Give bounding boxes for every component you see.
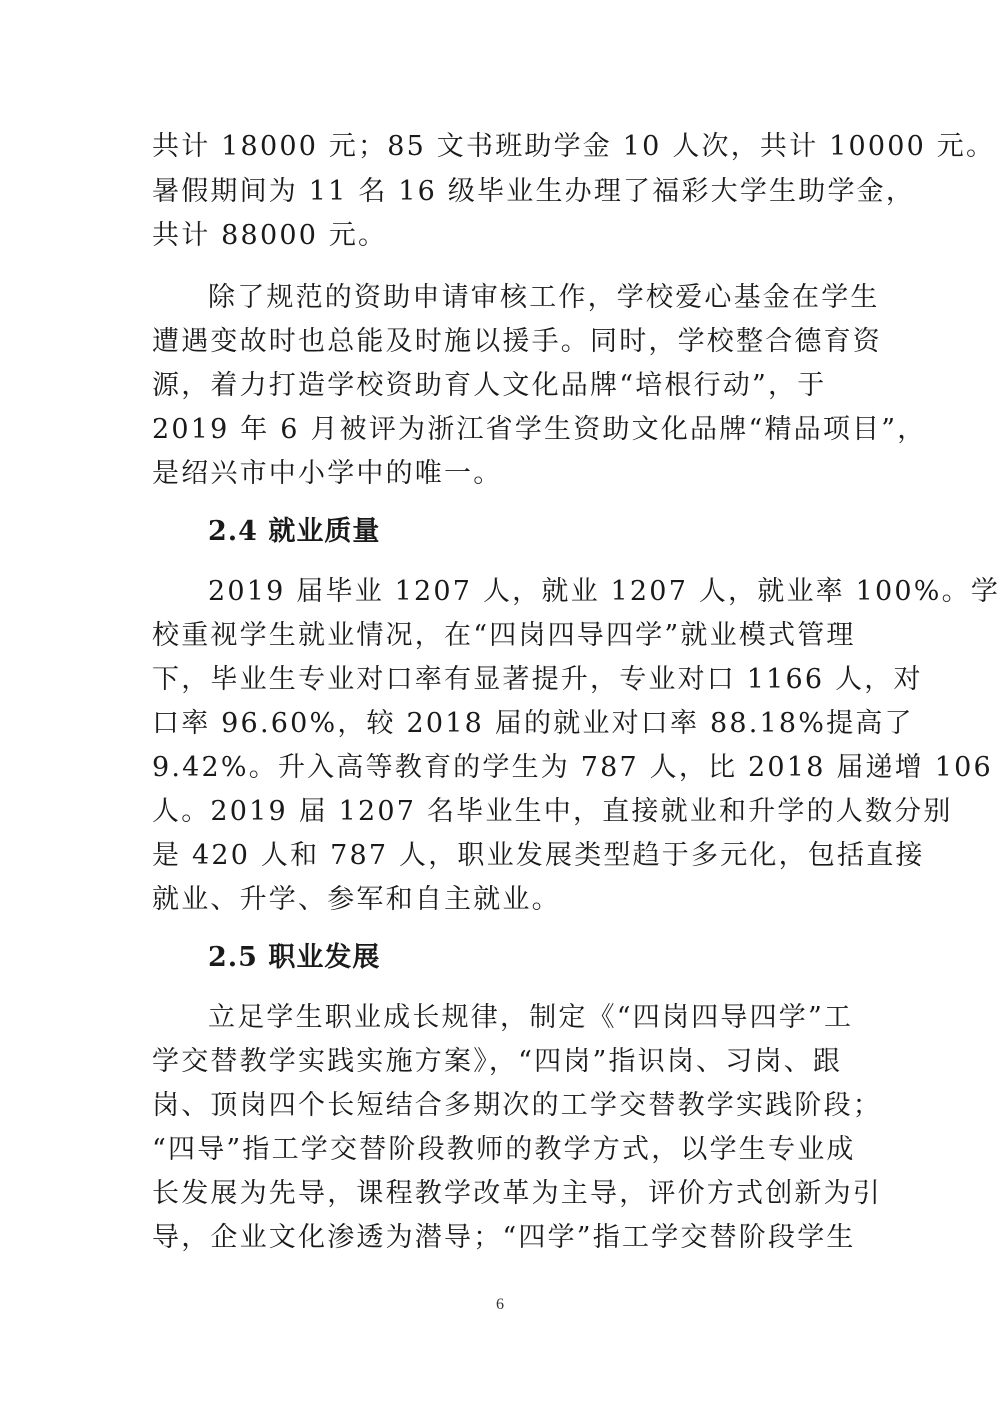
body-text-line: 下，毕业生专业对口率有显著提升，专业对口 1166 人，对 [152, 663, 852, 697]
body-text-line: 源，着力打造学校资助育人文化品牌“培根行动”，于 [152, 369, 852, 403]
body-text-line: 除了规范的资助申请审核工作，学校爱心基金在学生 [208, 281, 908, 315]
section-heading-employment-quality: 2.4 就业质量 [208, 515, 380, 549]
body-text-line: 共计 88000 元。 [152, 219, 852, 253]
section-heading-career-development: 2.5 职业发展 [208, 941, 380, 975]
body-text-line: 导，企业文化渗透为潜导；“四学”指工学交替阶段学生 [152, 1221, 852, 1255]
body-text-line: 岗、顶岗四个长短结合多期次的工学交替教学实践阶段； [152, 1089, 852, 1123]
body-text-line: 共计 18000 元；85 文书班助学金 10 人次，共计 10000 元。 [152, 130, 852, 164]
body-text-line: 长发展为先导，课程教学改革为主导，评价方式创新为引 [152, 1177, 852, 1211]
body-text-line: 遭遇变故时也总能及时施以援手。同时，学校整合德育资 [152, 325, 852, 359]
body-text-line: 2019 届毕业 1207 人，就业 1207 人，就业率 100%。学 [208, 575, 908, 609]
body-text-line: 是 420 人和 787 人，职业发展类型趋于多元化，包括直接 [152, 839, 852, 873]
body-text-line: 是绍兴市中小学中的唯一。 [152, 457, 852, 491]
body-text-line: 就业、升学、参军和自主就业。 [152, 883, 852, 917]
body-text-line: 暑假期间为 11 名 16 级毕业生办理了福彩大学生助学金， [152, 175, 852, 209]
body-text-line: 立足学生职业成长规律，制定《“四岗四导四学”工 [208, 1001, 908, 1035]
body-text-line: “四导”指工学交替阶段教师的教学方式，以学生专业成 [152, 1133, 852, 1167]
page-number: 6 [0, 1296, 1000, 1314]
body-text-line: 2019 年 6 月被评为浙江省学生资助文化品牌“精品项目”， [152, 413, 852, 447]
body-text-line: 9.42%。升入高等教育的学生为 787 人，比 2018 届递增 106 [152, 751, 852, 785]
body-text-line: 学交替教学实践实施方案》，“四岗”指识岗、习岗、跟 [152, 1045, 852, 1079]
document-page: 共计 18000 元；85 文书班助学金 10 人次，共计 10000 元。 暑… [0, 0, 1000, 1414]
body-text-line: 人。2019 届 1207 名毕业生中，直接就业和升学的人数分别 [152, 795, 852, 829]
body-text-line: 口率 96.60%，较 2018 届的就业对口率 88.18%提高了 [152, 707, 852, 741]
body-text-line: 校重视学生就业情况，在“四岗四导四学”就业模式管理 [152, 619, 852, 653]
